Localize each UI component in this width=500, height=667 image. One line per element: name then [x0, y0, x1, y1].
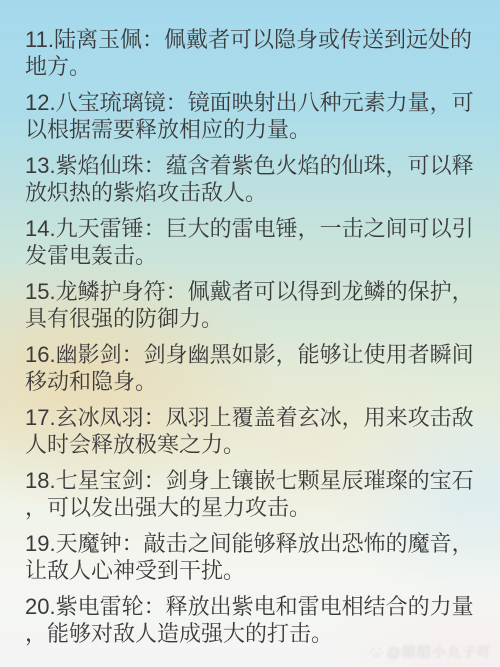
list-item-15: 15.龙鳞护身符：佩戴者可以得到龙鳞的保护，具有很强的防御力。: [25, 278, 476, 332]
list-item-11: 11.陆离玉佩：佩戴者可以隐身或传送到远处的地方。: [25, 26, 476, 80]
list-item-14: 14.九天雷锤：巨大的雷电锤，一击之间可以引发雷电轰击。: [25, 215, 476, 269]
list-item-19: 19.天魔钟：敲击之间能够释放出恐怖的魔音，让敌人心神受到干扰。: [25, 530, 476, 584]
list-item-12: 12.八宝琉璃镜：镜面映射出八种元素力量，可以根据需要释放相应的力量。: [25, 89, 476, 143]
watermark-handle: @糖醋小丸子吖: [387, 642, 492, 662]
list-item-13: 13.紫焰仙珠：蕴含着紫色火焰的仙珠，可以释放炽热的紫焰攻击敌人。: [25, 152, 476, 206]
list-item-18: 18.七星宝剑：剑身上镶嵌七颗星辰璀璨的宝石，可以发出强大的星力攻击。: [25, 467, 476, 521]
list-item-17: 17.玄冰凤羽：凤羽上覆盖着玄冰，用来攻击敌人时会释放极寒之力。: [25, 404, 476, 458]
list-item-20: 20.紫电雷轮：释放出紫电和雷电相结合的力量，能够对敌人造成强大的打击。: [25, 593, 476, 647]
text-card: 11.陆离玉佩：佩戴者可以隐身或传送到远处的地方。 12.八宝琉璃镜：镜面映射出…: [0, 0, 500, 667]
item-list: 11.陆离玉佩：佩戴者可以隐身或传送到远处的地方。 12.八宝琉璃镜：镜面映射出…: [0, 0, 500, 656]
watermark: @糖醋小丸子吖: [369, 642, 492, 662]
list-item-16: 16.幽影剑：剑身幽黑如影，能够让使用者瞬间移动和隐身。: [25, 341, 476, 395]
paw-icon: [369, 645, 384, 660]
